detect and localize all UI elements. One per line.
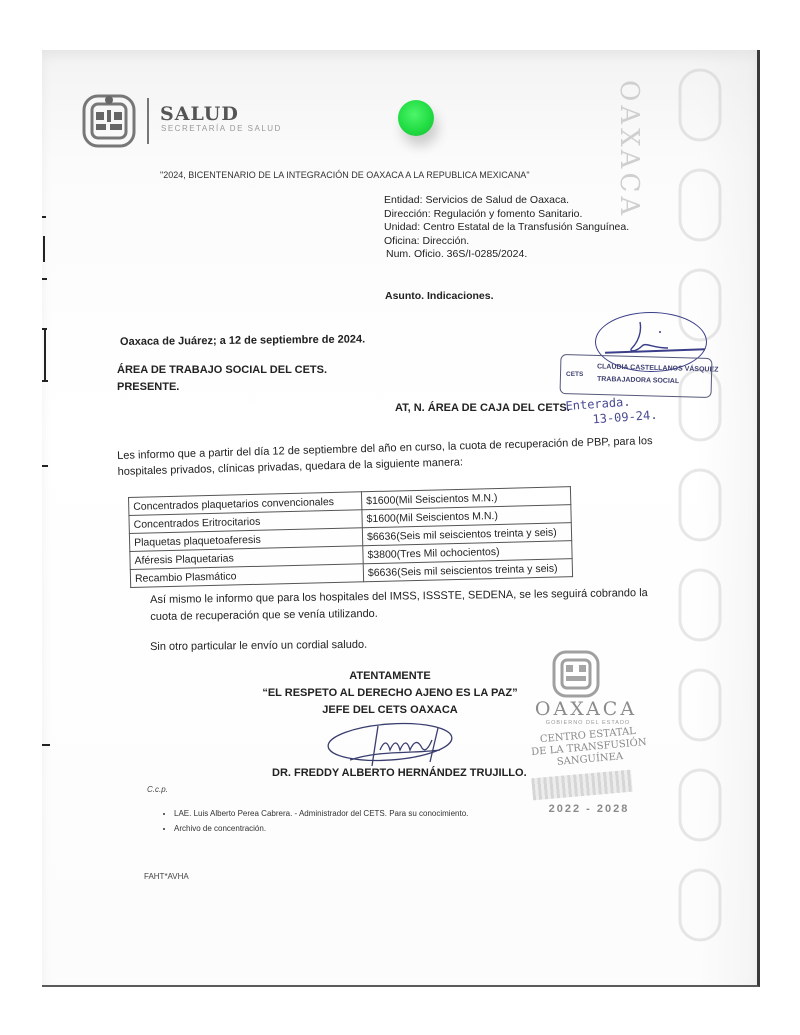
closing-position: JEFE DEL CETS OAXACA bbox=[250, 702, 530, 719]
seal-emblem-icon bbox=[550, 648, 602, 700]
date-line: Oaxaca de Juárez; a 12 de septiembre de … bbox=[120, 333, 365, 348]
fee-table: Concentrados plaquetarios convencionales… bbox=[128, 486, 573, 588]
public-hospitals-paragraph: Así mismo le informo que para los hospit… bbox=[150, 585, 660, 626]
seal-years: 2022 - 2028 bbox=[534, 803, 644, 815]
brand-title: SALUD bbox=[160, 103, 239, 125]
seal-smear bbox=[531, 770, 633, 801]
ccp-item: Archivo de concentración. bbox=[174, 821, 468, 836]
recipient-area: ÁREA DE TRABAJO SOCIAL DEL CETS. bbox=[117, 362, 327, 379]
stamp-org: CETS bbox=[566, 371, 583, 378]
document-number: Num. Oficio. 36S/I-0285/2024. bbox=[384, 248, 629, 262]
edge-mark bbox=[42, 278, 47, 280]
subject-line: Asunto. Indicaciones. bbox=[385, 290, 494, 302]
watermark-pattern-icon bbox=[670, 60, 730, 970]
closing-motto: “EL RESPETO AL DERECHO AJENO ES LA PAZ” bbox=[250, 685, 530, 702]
seal-text: CENTRO ESTATAL DE LA TRANSFUSIÓN SANGUÍN… bbox=[523, 724, 656, 771]
handwritten-note: Enterada. 13-09-24. bbox=[565, 393, 658, 429]
seal-title: OAXACA bbox=[526, 698, 646, 720]
edge-mark bbox=[42, 744, 50, 746]
office-line: Oficina: Dirección. bbox=[384, 235, 629, 249]
recipient-present: PRESENTE. bbox=[117, 379, 327, 396]
unit-line: Unidad: Centro Estatal de la Transfusión… bbox=[384, 221, 629, 235]
official-seal: OAXACA GOBIERNO DEL ESTADO CENTRO ESTATA… bbox=[520, 640, 660, 840]
ccp-item: LAE. Luis Alberto Perea Cabrera. - Admin… bbox=[174, 806, 468, 821]
edge-mark bbox=[44, 330, 46, 380]
year-motto: "2024, BICENTENARIO DE LA INTEGRACIÓN DE… bbox=[160, 170, 530, 180]
closing-attentively: ATENTAMENTE bbox=[250, 668, 530, 685]
edge-mark bbox=[42, 216, 46, 218]
closing-block: ATENTAMENTE “EL RESPETO AL DERECHO AJENO… bbox=[250, 668, 530, 719]
ccp-label: C.c.p. bbox=[147, 785, 168, 794]
government-emblem-icon bbox=[80, 92, 138, 150]
direction-line: Dirección: Regulación y fomento Sanitari… bbox=[384, 208, 629, 222]
edge-mark bbox=[42, 465, 48, 467]
greeting-paragraph: Sin otro particular le envío un cordial … bbox=[150, 639, 367, 653]
edge-mark bbox=[42, 380, 48, 382]
logo-divider bbox=[147, 98, 149, 144]
entity-block: Entidad: Servicios de Salud de Oaxaca. D… bbox=[384, 194, 629, 262]
recipient-block: ÁREA DE TRABAJO SOCIAL DEL CETS. PRESENT… bbox=[117, 362, 327, 396]
director-signature-icon bbox=[320, 720, 470, 770]
author-initials: FAHT*AVHA bbox=[144, 872, 189, 881]
attention-line: AT, N. ÁREA DE CAJA DEL CETS. bbox=[395, 402, 570, 414]
pushpin-icon bbox=[398, 100, 434, 136]
brand-subtitle: SECRETARÍA DE SALUD bbox=[161, 124, 282, 133]
edge-mark bbox=[43, 236, 45, 262]
seal-subtitle: GOBIERNO DEL ESTADO bbox=[528, 720, 648, 726]
ccp-list: LAE. Luis Alberto Perea Cabrera. - Admin… bbox=[160, 806, 468, 836]
entity-line: Entidad: Servicios de Salud de Oaxaca. bbox=[384, 194, 629, 208]
signer-name: DR. FREDDY ALBERTO HERNÁNDEZ TRUJILLO. bbox=[272, 767, 527, 779]
